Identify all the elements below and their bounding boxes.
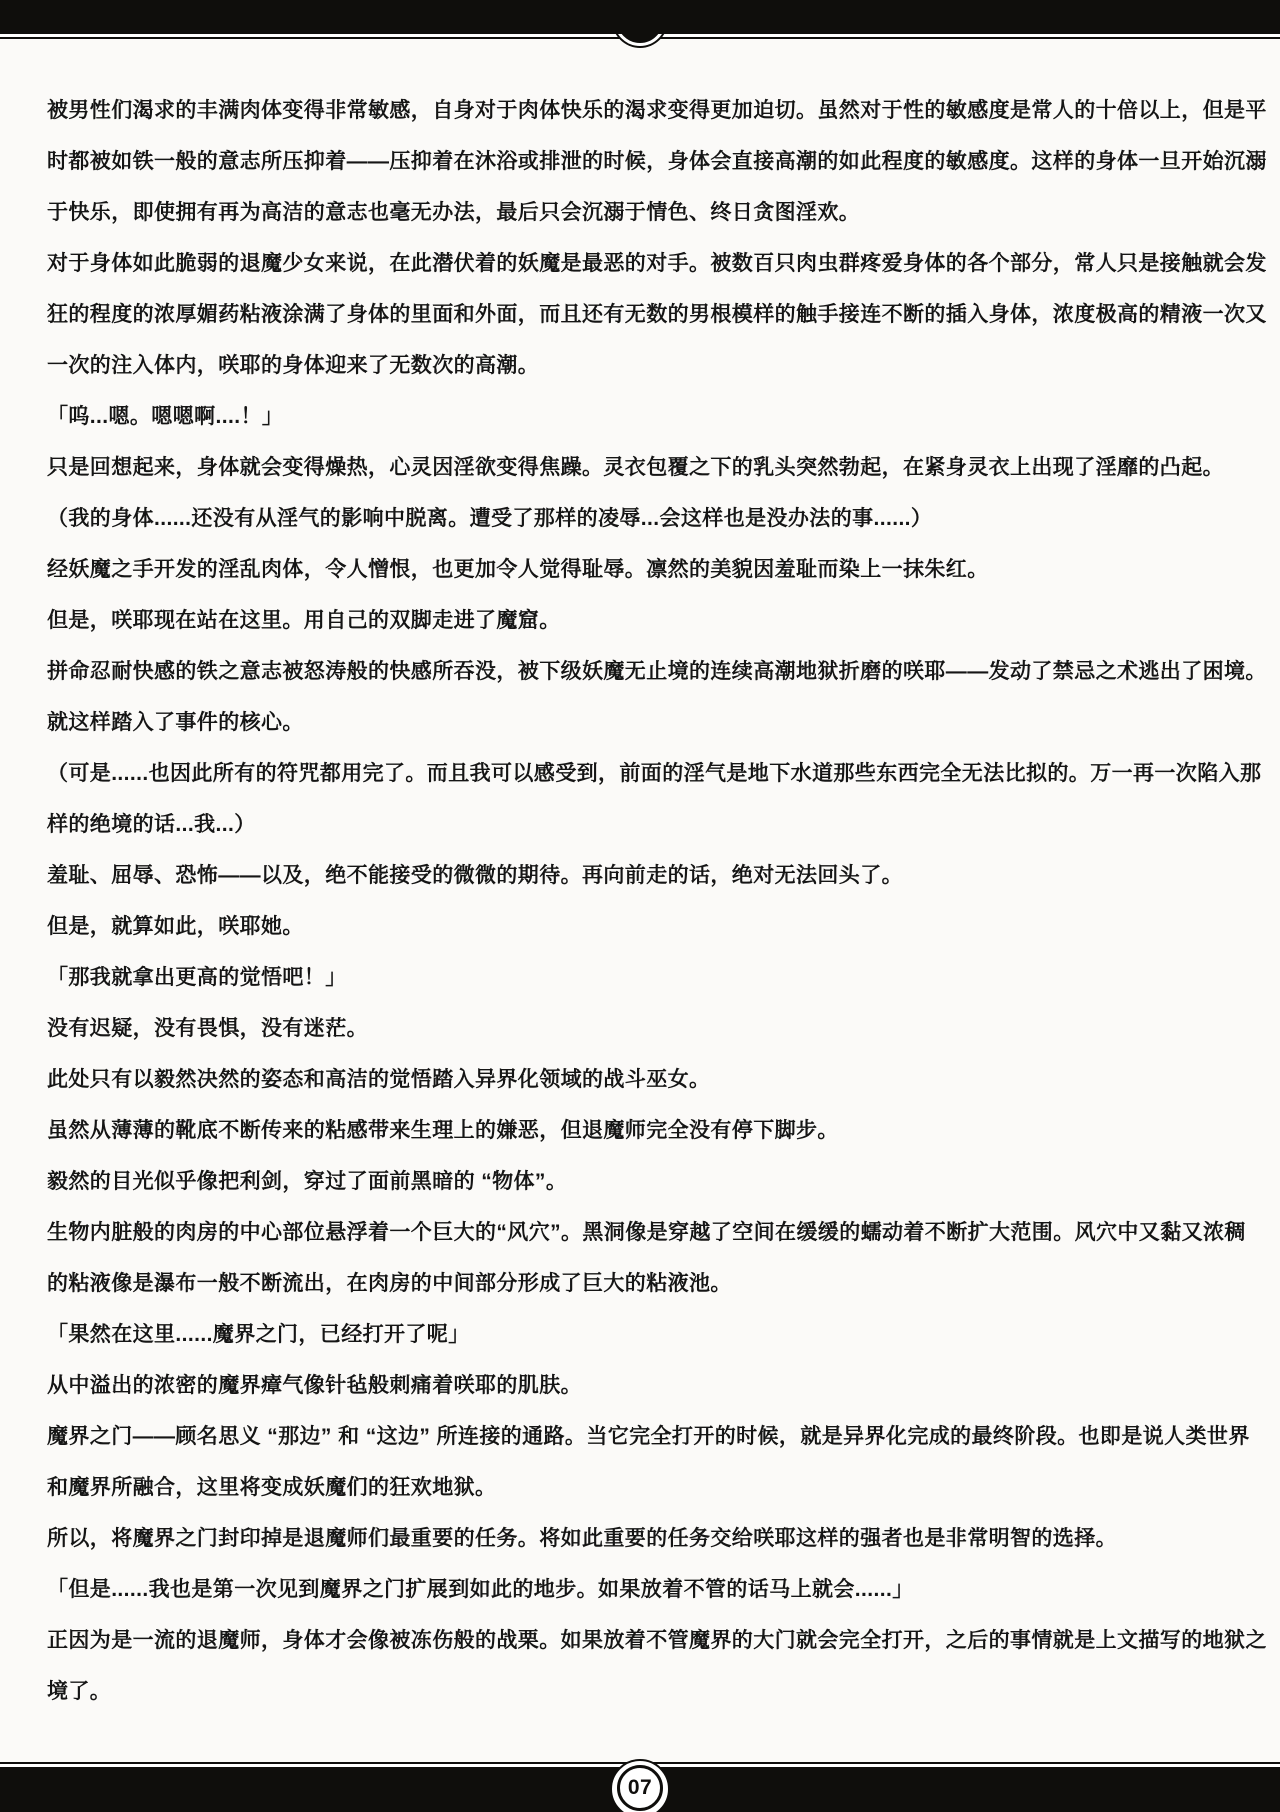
text-line: 拼命忍耐快感的铁之意志被怒涛般的快感所吞没，被下级妖魔无止境的连续高潮地狱折磨的… [47,646,1241,697]
top-black-rule [0,37,1280,39]
text-line: 魔界之门——顾名思义 “那边” 和 “这边” 所连接的通路。当它完全打开的时候，… [47,1411,1241,1462]
text-line: 狂的程度的浓厚媚药粘液涂满了身体的里面和外面，而且还有无数的男根模样的触手接连不… [47,289,1241,340]
text-line: 被男性们渴求的丰满肉体变得非常敏感，自身对于肉体快乐的渴求变得更加迫切。虽然对于… [47,85,1241,136]
text-line: 经妖魔之手开发的淫乱肉体，令人憎恨，也更加令人觉得耻辱。凛然的美貌因羞耻而染上一… [47,544,1241,595]
text-line: 「那我就拿出更高的觉悟吧！」 [47,952,1241,1003]
page-number-badge: 07 [617,1765,663,1811]
text-line: 于快乐，即使拥有再为高洁的意志也毫无办法，最后只会沉溺于情色、终日贪图淫欢。 [47,187,1241,238]
text-line: 「果然在这里......魔界之门，已经打开了呢」 [47,1309,1241,1360]
top-black-bar [0,0,1280,34]
text-line: 就这样踏入了事件的核心。 [47,697,1241,748]
text-line: 此处只有以毅然决然的姿态和高洁的觉悟踏入异界化领域的战斗巫女。 [47,1054,1241,1105]
text-line: 从中溢出的浓密的魔界瘴气像针毡般刺痛着咲耶的肌肤。 [47,1360,1241,1411]
page-number: 07 [628,1776,652,1800]
text-line: 样的绝境的话...我...） [47,799,1241,850]
text-line: 正因为是一流的退魔师，身体才会像被冻伤般的战栗。如果放着不管魔界的大门就会完全打… [47,1615,1241,1666]
text-line: 「呜...嗯。嗯嗯啊....！」 [47,391,1241,442]
text-line: 对于身体如此脆弱的退魔少女来说，在此潜伏着的妖魔是最恶的对手。被数百只肉虫群疼爱… [47,238,1241,289]
text-line: 时都被如铁一般的意志所压抑着——压抑着在沐浴或排泄的时候，身体会直接高潮的如此程… [47,136,1241,187]
text-line: （我的身体......还没有从淫气的影响中脱离。遭受了那样的凌辱...会这样也是… [47,493,1241,544]
text-line: 只是回想起来，身体就会变得燥热，心灵因淫欲变得焦躁。灵衣包覆之下的乳头突然勃起，… [47,442,1241,493]
text-line: 「但是......我也是第一次见到魔界之门扩展到如此的地步。如果放着不管的话马上… [47,1564,1241,1615]
text-line: 一次的注入体内，咲耶的身体迎来了无数次的高潮。 [47,340,1241,391]
text-content: 被男性们渴求的丰满肉体变得非常敏感，自身对于肉体快乐的渴求变得更加迫切。虽然对于… [47,85,1241,1717]
top-border-band [0,0,1280,39]
text-line: 但是，就算如此，咲耶她。 [47,901,1241,952]
text-line: 的粘液像是瀑布一般不断流出，在肉房的中间部分形成了巨大的粘液池。 [47,1258,1241,1309]
bottom-border-band: 07 [0,1762,1280,1812]
text-line: 毅然的目光似乎像把利剑，穿过了面前黑暗的 “物体”。 [47,1156,1241,1207]
text-line: 所以，将魔界之门封印掉是退魔师们最重要的任务。将如此重要的任务交给咲耶这样的强者… [47,1513,1241,1564]
text-line: （可是......也因此所有的符咒都用完了。而且我可以感受到，前面的淫气是地下水… [47,748,1241,799]
text-line: 但是，咲耶现在站在这里。用自己的双脚走进了魔窟。 [47,595,1241,646]
text-line: 没有迟疑，没有畏惧，没有迷茫。 [47,1003,1241,1054]
text-line: 和魔界所融合，这里将变成妖魔们的狂欢地狱。 [47,1462,1241,1513]
text-line: 境了。 [47,1666,1241,1717]
text-line: 虽然从薄薄的靴底不断传来的粘感带来生理上的嫌恶，但退魔师完全没有停下脚步。 [47,1105,1241,1156]
text-line: 生物内脏般的肉房的中心部位悬浮着一个巨大的“风穴”。黑洞像是穿越了空间在缓缓的蠕… [47,1207,1241,1258]
text-line: 羞耻、屈辱、恐怖——以及，绝不能接受的微微的期待。再向前走的话，绝对无法回头了。 [47,850,1241,901]
